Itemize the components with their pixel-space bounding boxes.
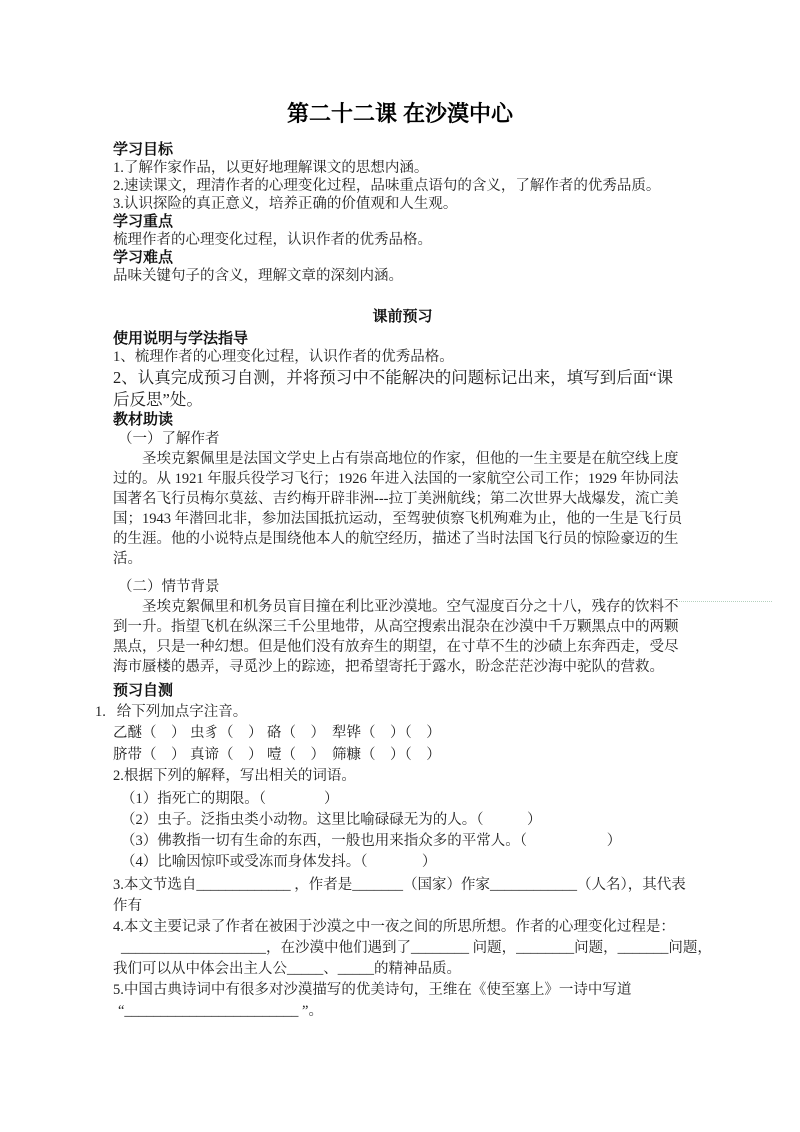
author-intro-label: （一）了解作者 <box>113 429 692 449</box>
heading-usage-guide: 使用说明与学法指导 <box>113 330 692 348</box>
question-4-line-2: ____________________，在沙漠中他们遇到了________ 问… <box>121 938 692 959</box>
pinyin-word: 犁铧（ ）（ ） <box>332 722 692 744</box>
heading-learning-objectives: 学习目标 <box>113 141 692 159</box>
document-body: 学习目标 1.了解作家作品，以更好地理解课文的思想内涵。 2.速读课文，理清作者… <box>0 141 800 1022</box>
plot-background-line-2: 到一升。指望飞机在纵深三千公里地带，从高空搜索出混杂在沙漠中千万颗黑点中的两颗 <box>113 617 692 637</box>
question-5-line-2: “________________________ ”。 <box>113 1001 692 1022</box>
heading-difficulties: 学习难点 <box>113 249 692 267</box>
pinyin-word: 筛糠（ ）（ ） <box>332 744 692 766</box>
pinyin-word: 脐带（ ） <box>113 744 190 766</box>
section-title-class-preview: 课前预习 <box>113 308 692 326</box>
usage-guide-item-1: 1、梳理作者的心理变化过程，认识作者的优秀品格。 <box>113 348 692 367</box>
page-title: 第二十二课 在沙漠中心 <box>0 102 800 126</box>
difficulties-text: 品味关键句子的含义，理解文章的深刻内涵。 <box>113 267 692 285</box>
pinyin-word-row-1: 乙醚（ ） 虫豸（ ） 硌（ ） 犁铧（ ）（ ） <box>113 722 692 744</box>
heading-self-test: 预习自测 <box>113 681 692 700</box>
pinyin-word: 乙醚（ ） <box>113 722 190 744</box>
author-intro-line-1: 圣埃克絮佩里是法国文学史上占有崇高地位的作家，但他的一生主要是在航空线上度 <box>113 449 692 469</box>
key-points-text: 梳理作者的心理变化过程，认识作者的优秀品格。 <box>113 231 692 249</box>
question-3-line-1: 3.本文节选自_____________ ，作者是_______（国家）作家__… <box>113 875 692 896</box>
scan-artifact-dotted-line <box>676 601 772 602</box>
definition-item-3: （3）佛教指一切有生命的东西，一般也用来指众多的平常人。（ ） <box>121 831 692 852</box>
plot-background-label: （二）情节背景 <box>113 578 692 597</box>
author-intro-line-6: 活。 <box>113 549 692 569</box>
usage-guide-item-2-line-2: 后反思”处。 <box>113 389 692 411</box>
pinyin-word: 硌（ ） <box>267 722 332 744</box>
author-intro-line-4: 国；1943 年潜回北非，参加法国抵抗运动，至驾驶侦察飞机殉难为止，他的一生是飞… <box>113 509 692 529</box>
usage-guide-item-2-line-1: 2、认真完成预习自测，并将预习中不能解决的问题标记出来，填写到后面“课 <box>113 367 692 389</box>
author-intro-line-3: 国著名飞行员梅尔莫兹、吉约梅开辟非洲---拉丁美洲航线；第二次世界大战爆发，流亡… <box>113 489 692 509</box>
definition-item-4: （4）比喻因惊吓或受冻而身体发抖。（ ） <box>121 852 692 873</box>
question-2-text: 2.根据下列的解释，写出相关的词语。 <box>113 766 692 786</box>
document-page: 第二十二课 在沙漠中心 学习目标 1.了解作家作品，以更好地理解课文的思想内涵。… <box>0 0 800 1132</box>
pinyin-word: 虫豸（ ） <box>190 722 267 744</box>
heading-material-aid: 教材助读 <box>113 410 692 429</box>
question-3-line-2: 作有 <box>113 896 692 917</box>
question-5-line-1: 5.中国古典诗词中有很多对沙漠描写的优美诗句，王维在《使至塞上》一诗中写道 <box>113 980 692 1001</box>
objective-item-1: 1.了解作家作品，以更好地理解课文的思想内涵。 <box>113 159 692 177</box>
author-intro-line-2: 过的。从 1921 年服兵役学习飞行；1926 年进入法国的一家航空公司工作；1… <box>113 469 692 489</box>
plot-background-line-4: 海市蜃楼的愚弄，寻觅沙上的踪迹，把希望寄托于露水，盼念茫茫沙海中驼队的营救。 <box>113 657 692 677</box>
author-intro-line-5: 的生涯。他的小说特点是围绕他本人的航空经历，描述了当时法国飞行员的惊险豪迈的生 <box>113 529 692 549</box>
objective-item-3: 3.认识探险的真正意义，培养正确的价值观和人生观。 <box>113 195 692 213</box>
pinyin-word: 噎（ ） <box>267 744 332 766</box>
question-1-text: 1. 给下列加点字注音。 <box>95 702 692 722</box>
definition-item-2: （2）虫子。泛指虫类小动物。这里比喻碌碌无为的人。（ ） <box>121 810 692 831</box>
objective-item-2: 2.速读课文，理清作者的心理变化过程，品味重点语句的含义，了解作者的优秀品质。 <box>113 177 692 195</box>
definition-item-1: （1）指死亡的期限。（ ） <box>121 789 692 810</box>
pinyin-word-row-2: 脐带（ ） 真谛（ ） 噎（ ） 筛糠（ ）（ ） <box>113 744 692 766</box>
plot-background-line-3: 黑点，只是一种幻想。但是他们没有放弃生的期望，在寸草不生的沙碛上东奔西走，受尽 <box>113 637 692 657</box>
question-4-line-3: 我们可以从中体会出主人公_____、_____的精神品质。 <box>113 959 692 980</box>
heading-key-points: 学习重点 <box>113 213 692 231</box>
plot-background-line-1: 圣埃克絮佩里和机务员盲目撞在利比亚沙漠地。空气湿度百分之十八，残存的饮料不 <box>113 597 692 617</box>
question-4-line-1: 4.本文主要记录了作者在被困于沙漠之中一夜之间的所思所想。作者的心理变化过程是： <box>113 917 692 938</box>
pinyin-word: 真谛（ ） <box>190 744 267 766</box>
